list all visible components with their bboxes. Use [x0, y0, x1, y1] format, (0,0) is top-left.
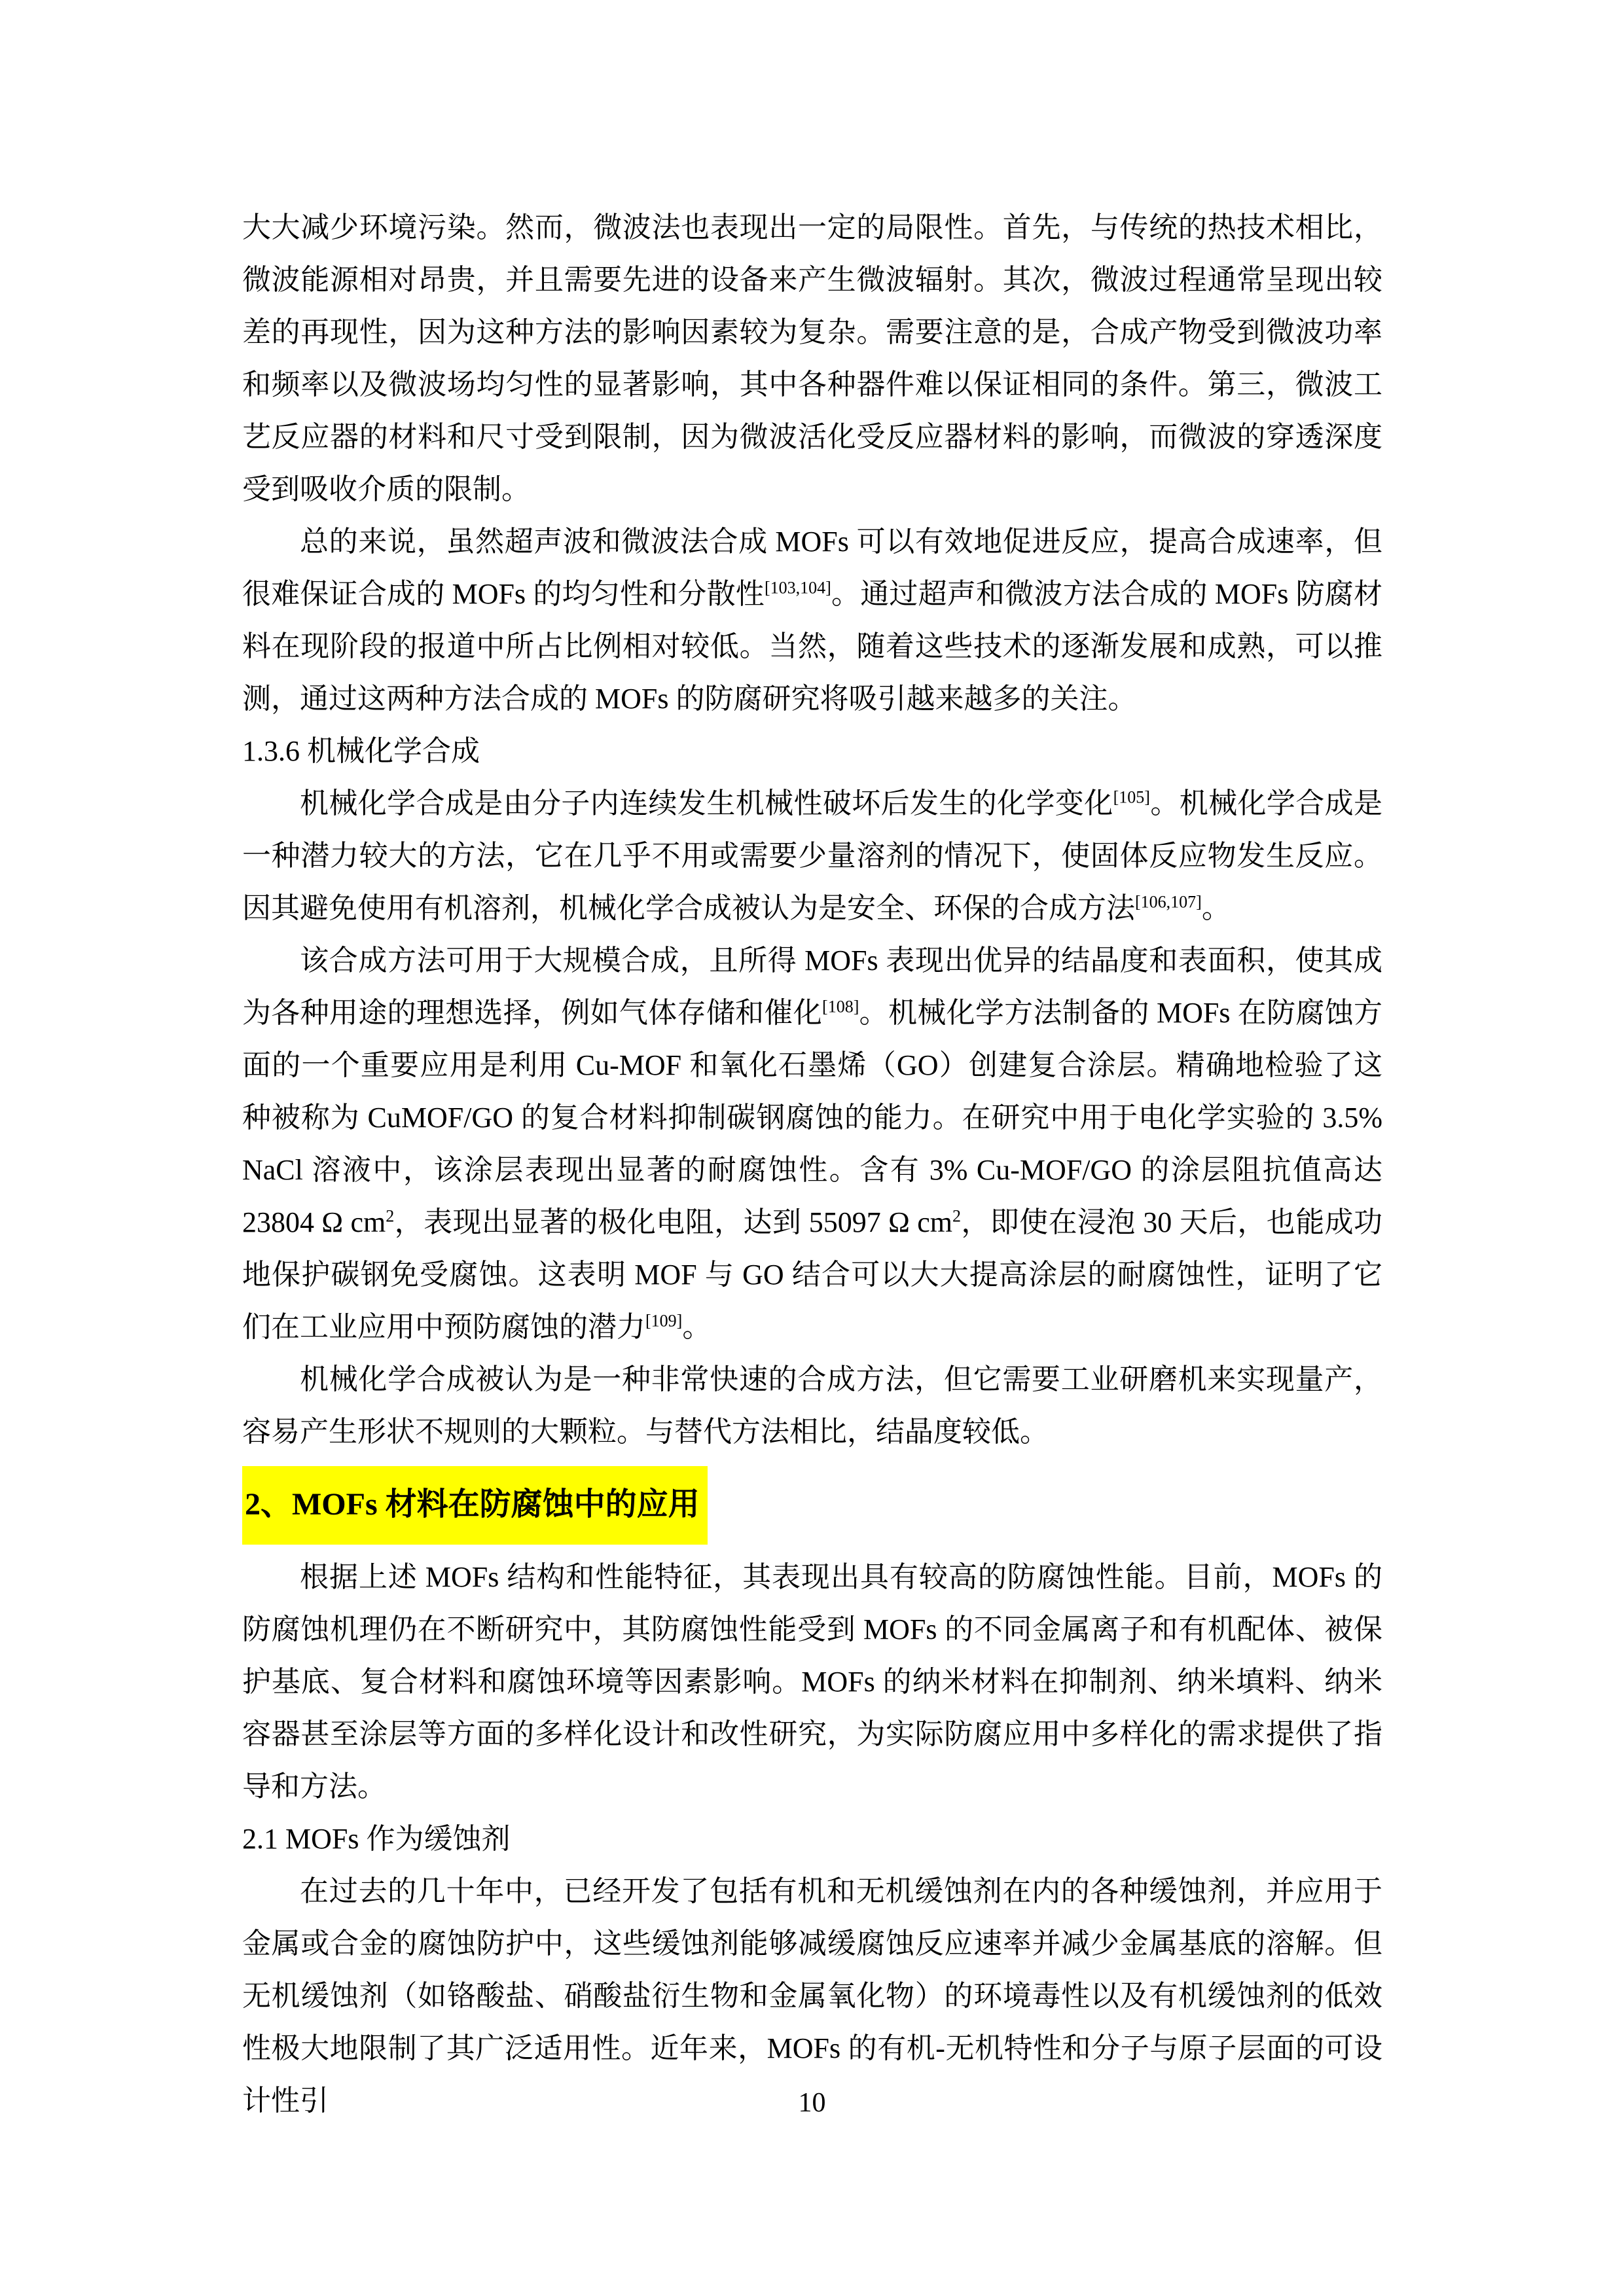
document-content: 大大减少环境污染。然而，微波法也表现出一定的局限性。首先，与传统的热技术相比，微…: [242, 202, 1382, 2127]
highlighted-text: 2、MOFs 材料在防腐蚀中的应用: [242, 1466, 708, 1545]
paragraph: 机械化学合成是由分子内连续发生机械性破坏后发生的化学变化[105]。机械化学合成…: [242, 778, 1382, 935]
paragraph: 总的来说，虽然超声波和微波法合成 MOFs 可以有效地促进反应，提高合成速率，但…: [242, 516, 1382, 725]
superscript-reference: [106,107]: [1135, 892, 1202, 911]
superscript-reference: 2: [386, 1206, 394, 1225]
document-page: 大大减少环境污染。然而，微波法也表现出一定的局限性。首先，与传统的热技术相比，微…: [0, 0, 1624, 2296]
page-number: 10: [799, 2088, 826, 2118]
section-heading-2: 2、MOFs 材料在防腐蚀中的应用: [242, 1466, 1382, 1545]
paragraph-continuation: 大大减少环境污染。然而，微波法也表现出一定的局限性。首先，与传统的热技术相比，微…: [242, 202, 1382, 516]
page-footer: 10: [0, 2087, 1624, 2119]
paragraph: 机械化学合成被认为是一种非常快速的合成方法，但它需要工业研磨机来实现量产，容易产…: [242, 1354, 1382, 1458]
superscript-reference: [103,104]: [765, 578, 831, 597]
superscript-reference: [109]: [645, 1311, 682, 1330]
paragraph: 根据上述 MOFs 结构和性能特征，其表现出具有较高的防腐蚀性能。目前，MOFs…: [242, 1551, 1382, 1813]
subsection-heading-136: 1.3.6 机械化学合成: [242, 725, 1382, 778]
superscript-reference: [105]: [1113, 787, 1150, 806]
paragraph: 该合成方法可用于大规模合成，且所得 MOFs 表现出优异的结晶度和表面积，使其成…: [242, 935, 1382, 1354]
subsection-heading-21: 2.1 MOFs 作为缓蚀剂: [242, 1813, 1382, 1865]
superscript-reference: 2: [952, 1206, 961, 1225]
superscript-reference: [108]: [822, 997, 859, 1016]
